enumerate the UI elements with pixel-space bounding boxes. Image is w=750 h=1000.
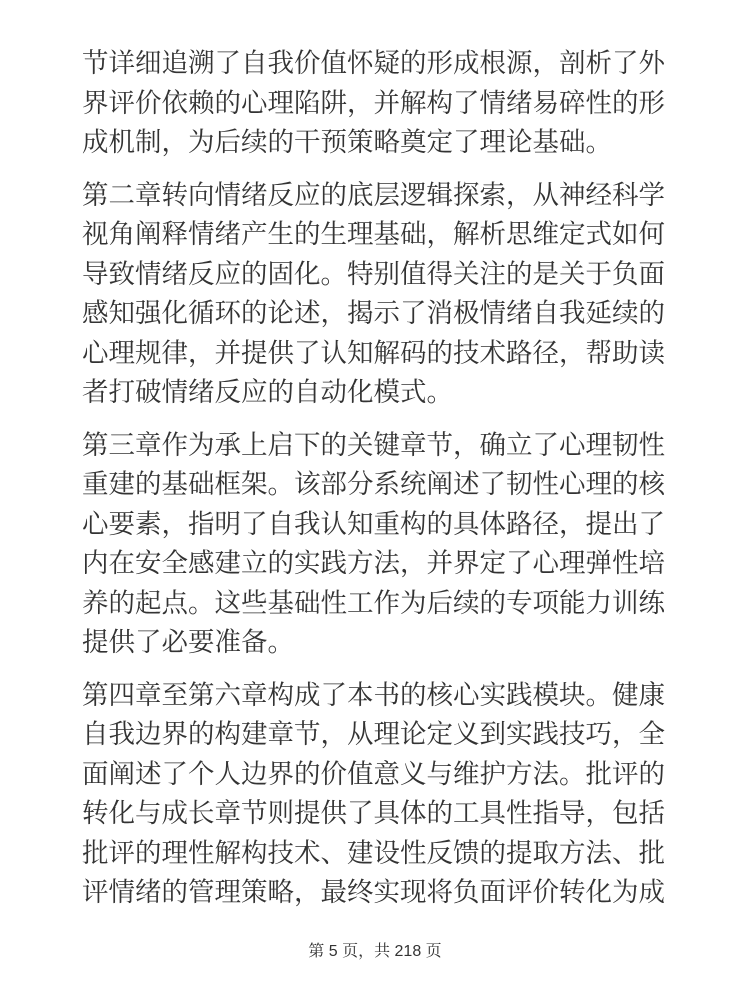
page-number-indicator: 第 5 页，共 218 页	[308, 943, 441, 960]
body-text: 节详细追溯了自我价值怀疑的形成根源，剖析了外界评价依赖的心理陷阱，并解构了情绪易…	[82, 44, 668, 913]
text-line: 评情绪的管理策略，最终实现将负面评价转化为成	[82, 873, 668, 913]
text-line: 重建的基础框架。该部分系统阐述了韧性心理的核	[82, 465, 668, 505]
text-line: 心理规律，并提供了认知解码的技术路径，帮助读	[82, 334, 668, 374]
text-line: 批评的理性解构技术、建设性反馈的提取方法、批	[82, 834, 668, 874]
text-line: 面阐述了个人边界的价值意义与维护方法。批评的	[82, 755, 668, 795]
document-page: 节详细追溯了自我价值怀疑的形成根源，剖析了外界评价依赖的心理陷阱，并解构了情绪易…	[0, 0, 750, 1000]
text-line: 者打破情绪反应的自动化模式。	[82, 373, 668, 413]
paragraph: 第三章作为承上启下的关键章节，确立了心理韧性重建的基础框架。该部分系统阐述了韧性…	[82, 426, 668, 663]
text-line: 内在安全感建立的实践方法，并界定了心理弹性培	[82, 544, 668, 584]
page-footer: 第 5 页，共 218 页	[0, 941, 750, 963]
text-line: 养的起点。这些基础性工作为后续的专项能力训练	[82, 584, 668, 624]
paragraph: 第二章转向情绪反应的底层逻辑探索，从神经科学视角阐释情绪产生的生理基础，解析思维…	[82, 176, 668, 413]
text-line: 自我边界的构建章节，从理论定义到实践技巧，全	[82, 715, 668, 755]
text-line: 提供了必要准备。	[82, 623, 668, 663]
text-line: 第四章至第六章构成了本书的核心实践模块。健康	[82, 676, 668, 716]
text-line: 感知强化循环的论述，揭示了消极情绪自我延续的	[82, 294, 668, 334]
text-line: 第二章转向情绪反应的底层逻辑探索，从神经科学	[82, 176, 668, 216]
text-line: 节详细追溯了自我价值怀疑的形成根源，剖析了外	[82, 44, 668, 84]
paragraph: 第四章至第六章构成了本书的核心实践模块。健康自我边界的构建章节，从理论定义到实践…	[82, 676, 668, 913]
text-line: 导致情绪反应的固化。特别值得关注的是关于负面	[82, 255, 668, 295]
text-line: 第三章作为承上启下的关键章节，确立了心理韧性	[82, 426, 668, 466]
text-line: 转化与成长章节则提供了具体的工具性指导，包括	[82, 794, 668, 834]
text-line: 心要素，指明了自我认知重构的具体路径，提出了	[82, 505, 668, 545]
paragraph: 节详细追溯了自我价值怀疑的形成根源，剖析了外界评价依赖的心理陷阱，并解构了情绪易…	[82, 44, 668, 163]
text-line: 视角阐释情绪产生的生理基础，解析思维定式如何	[82, 215, 668, 255]
text-line: 成机制，为后续的干预策略奠定了理论基础。	[82, 123, 668, 163]
text-line: 界评价依赖的心理陷阱，并解构了情绪易碎性的形	[82, 84, 668, 124]
